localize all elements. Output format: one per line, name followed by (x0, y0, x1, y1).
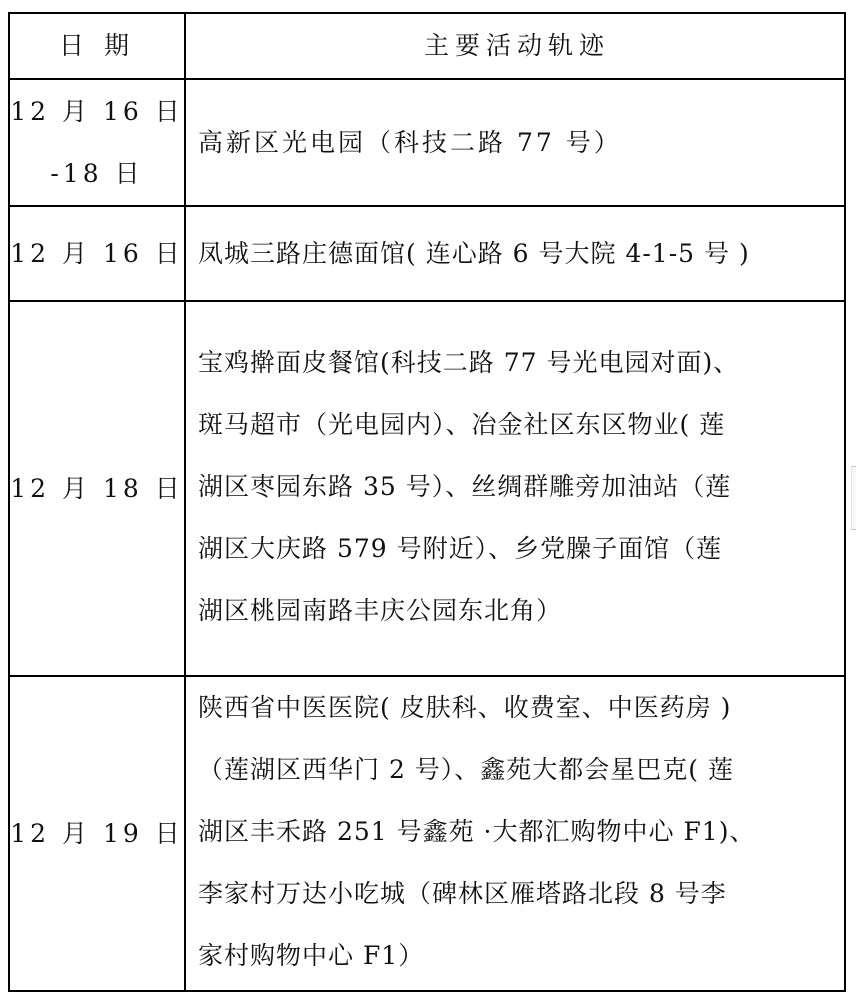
track-text: 陕西省中医医院( 皮肤科、收费室、中医药房 ) (198, 677, 836, 739)
edge-artifact (851, 466, 856, 530)
track-text: 高新区光电园（科技二路 77 号） (198, 112, 836, 174)
date-text: 12 月 16 日 (10, 81, 183, 143)
track-text: 宝鸡擀面皮餐馆(科技二路 77 号光电园对面)、 (198, 332, 836, 394)
track-cell: 高新区光电园（科技二路 77 号） (186, 80, 844, 205)
track-text: 斑马超市（光电园内）、冶金社区东区物业( 莲 (198, 394, 836, 456)
track-text: （莲湖区西华门 2 号）、鑫苑大都会星巴克( 莲 (198, 739, 836, 801)
date-cell: 12 月 19 日 (10, 677, 186, 990)
track-text: 家村购物中心 F1） (198, 925, 836, 987)
track-text: 湖区丰禾路 251 号鑫苑 ·大都汇购物中心 F1)、 (198, 801, 836, 863)
date-text: 12 月 19 日 (10, 803, 183, 865)
date-cell: 12 月 16 日 (10, 207, 186, 300)
date-text: -18 日 (10, 143, 183, 205)
header-date: 日 期 (10, 14, 186, 78)
track-cell: 陕西省中医医院( 皮肤科、收费室、中医药房 ) （莲湖区西华门 2 号）、鑫苑大… (186, 677, 844, 990)
table-row: 12 月 19 日 陕西省中医医院( 皮肤科、收费室、中医药房 ) （莲湖区西华… (10, 675, 844, 990)
date-cell: 12 月 18 日 (10, 302, 186, 675)
table-row: 12 月 16 日 凤城三路庄德面馆( 连心路 6 号大院 4-1-5 号 ) (10, 205, 844, 300)
track-text: 李家村万达小吃城（碑林区雁塔路北段 8 号李 (198, 863, 836, 925)
track-cell: 凤城三路庄德面馆( 连心路 6 号大院 4-1-5 号 ) (186, 207, 844, 300)
table-header-row: 日 期 主要活动轨迹 (10, 14, 844, 78)
header-track: 主要活动轨迹 (186, 14, 844, 78)
track-text: 凤城三路庄德面馆( 连心路 6 号大院 4-1-5 号 ) (198, 223, 836, 285)
date-text: 12 月 18 日 (10, 458, 183, 520)
table-row: 12 月 18 日 宝鸡擀面皮餐馆(科技二路 77 号光电园对面)、 斑马超市（… (10, 300, 844, 675)
date-cell: 12 月 16 日 -18 日 (10, 80, 186, 205)
track-text: 湖区枣园东路 35 号）、丝绸群雕旁加油站（莲 (198, 456, 836, 518)
date-text: 12 月 16 日 (10, 223, 183, 285)
activity-track-table: 日 期 主要活动轨迹 12 月 16 日 -18 日 高新区光电园（科技二路 7… (8, 12, 846, 992)
track-text: 湖区大庆路 579 号附近）、乡党臊子面馆（莲 (198, 518, 836, 580)
track-text: 湖区桃园南路丰庆公园东北角） (198, 580, 836, 642)
track-cell: 宝鸡擀面皮餐馆(科技二路 77 号光电园对面)、 斑马超市（光电园内）、冶金社区… (186, 302, 844, 675)
table-row: 12 月 16 日 -18 日 高新区光电园（科技二路 77 号） (10, 78, 844, 205)
